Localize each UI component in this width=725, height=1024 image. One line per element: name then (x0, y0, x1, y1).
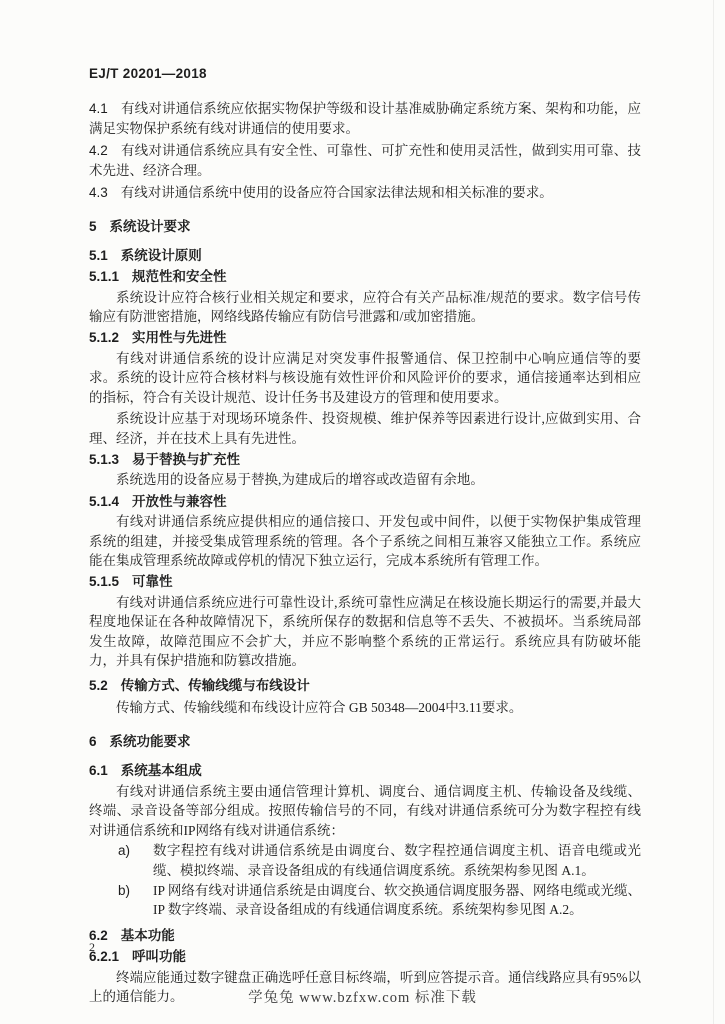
heading-6-2-1: 6.2.1呼叫功能 (89, 947, 641, 966)
clause-number: 4.2 (89, 143, 108, 158)
clause-number: 4.1 (89, 101, 108, 116)
heading-6: 6系统功能要求 (89, 732, 641, 751)
list-marker: b) (118, 881, 130, 900)
paragraph-6-1: 有线对讲通信系统主要由通信管理计算机、调度台、通信调度主机、传输设备及线缆、终端… (89, 782, 641, 840)
list-item-a: a)数字程控有线对讲通信系统是由调度台、数字程控通信调度主机、语音电缆或光缆、模… (89, 841, 641, 880)
heading-title: 实用性与先进性 (132, 330, 227, 345)
doc-code-header: EJ/T 20201—2018 (89, 64, 641, 83)
list-item-text: 数字程控有线对讲通信系统是由调度台、数字程控通信调度主机、语音电缆或光缆、模拟终… (153, 843, 641, 877)
paragraph-5-1-2-a: 有线对讲通信系统的设计应满足对突发事件报警通信、保卫控制中心响应通信等的要求。系… (89, 349, 641, 407)
heading-5-1-1: 5.1.1规范性和安全性 (89, 267, 641, 286)
heading-title: 系统设计原则 (121, 248, 202, 263)
scan-artifact-line (713, 0, 714, 1024)
heading-number: 5.1.4 (89, 494, 119, 509)
heading-5-1-5: 5.1.5可靠性 (89, 572, 641, 591)
heading-title: 呼叫功能 (132, 949, 186, 964)
clause-4-1: 4.1有线对讲通信系统应依据实物保护等级和设计基准威胁确定系统方案、架构和功能，… (89, 99, 641, 138)
clause-text: 有线对讲通信系统应具有安全性、可靠性、可扩充性和使用灵活性，做到实用可靠、技术先… (89, 143, 641, 177)
heading-5-1-2: 5.1.2实用性与先进性 (89, 328, 641, 347)
heading-6-2: 6.2基本功能 (89, 926, 641, 945)
page-content: EJ/T 20201—2018 4.1有线对讲通信系统应依据实物保护等级和设计基… (89, 64, 641, 1006)
heading-5-2: 5.2传输方式、传输线缆与布线设计 (89, 676, 641, 695)
heading-title: 规范性和安全性 (132, 269, 227, 284)
heading-title: 基本功能 (121, 928, 175, 943)
heading-title: 传输方式、传输线缆与布线设计 (121, 678, 310, 693)
heading-number: 5.1.2 (89, 330, 119, 345)
heading-number: 5.1.3 (89, 452, 119, 467)
heading-number: 6 (89, 734, 97, 749)
paragraph-5-1-2-b: 系统设计应基于对现场环境条件、投资规模、维护保养等因素进行设计,应做到实用、合理… (89, 409, 641, 448)
heading-title: 开放性与兼容性 (132, 494, 227, 509)
paragraph-5-2: 传输方式、传输线缆和布线设计应符合 GB 50348—2004中3.11要求。 (89, 698, 641, 717)
watermark-text: 学兔兔 www.bzfxw.com 标准下载 (0, 986, 725, 1007)
heading-5-1-4: 5.1.4开放性与兼容性 (89, 492, 641, 511)
clause-text: 有线对讲通信系统应依据实物保护等级和设计基准威胁确定系统方案、架构和功能，应满足… (89, 101, 641, 135)
paragraph-5-1-1: 系统设计应符合核行业相关规定和要求，应符合有关产品标准/规范的要求。数字信号传输… (89, 288, 641, 327)
heading-title: 可靠性 (132, 574, 173, 589)
paragraph-5-1-4: 有线对讲通信系统应提供相应的通信接口、开发包或中间件，以便于实物保护集成管理系统… (89, 512, 641, 570)
list-item-b: b)IP 网络有线对讲通信系统是由调度台、软交换通信调度服务器、网络电缆或光缆、… (89, 881, 641, 920)
heading-number: 5.1.5 (89, 574, 119, 589)
clause-4-3: 4.3有线对讲通信系统中使用的设备应符合国家法律法规和相关标准的要求。 (89, 183, 641, 202)
heading-title: 系统基本组成 (121, 763, 202, 778)
heading-6-1: 6.1系统基本组成 (89, 761, 641, 780)
heading-5-1: 5.1系统设计原则 (89, 246, 641, 265)
list-item-text: IP 网络有线对讲通信系统是由调度台、软交换通信调度服务器、网络电缆或光缆、IP… (153, 883, 641, 917)
clause-4-2: 4.2有线对讲通信系统应具有安全性、可靠性、可扩充性和使用灵活性，做到实用可靠、… (89, 141, 641, 180)
heading-title: 易于替换与扩充性 (132, 452, 240, 467)
heading-number: 6.1 (89, 763, 108, 778)
clause-number: 4.3 (89, 185, 108, 200)
list-marker: a) (118, 841, 130, 860)
heading-title: 系统设计要求 (110, 219, 191, 234)
paragraph-5-1-3: 系统选用的设备应易于替换,为建成后的增容或改造留有余地。 (89, 470, 641, 489)
heading-number: 5.2 (89, 678, 108, 693)
clause-text: 有线对讲通信系统中使用的设备应符合国家法律法规和相关标准的要求。 (121, 185, 553, 200)
heading-5-1-3: 5.1.3易于替换与扩充性 (89, 450, 641, 469)
heading-5: 5系统设计要求 (89, 217, 641, 236)
heading-number: 5 (89, 219, 97, 234)
page-number: 2 (89, 940, 95, 955)
heading-number: 5.1 (89, 248, 108, 263)
paragraph-5-1-5: 有线对讲通信系统应进行可靠性设计,系统可靠性应满足在核设施长期运行的需要,并最大… (89, 593, 641, 671)
document-page: EJ/T 20201—2018 4.1有线对讲通信系统应依据实物保护等级和设计基… (0, 0, 725, 1024)
heading-title: 系统功能要求 (110, 734, 191, 749)
heading-number: 5.1.1 (89, 269, 119, 284)
